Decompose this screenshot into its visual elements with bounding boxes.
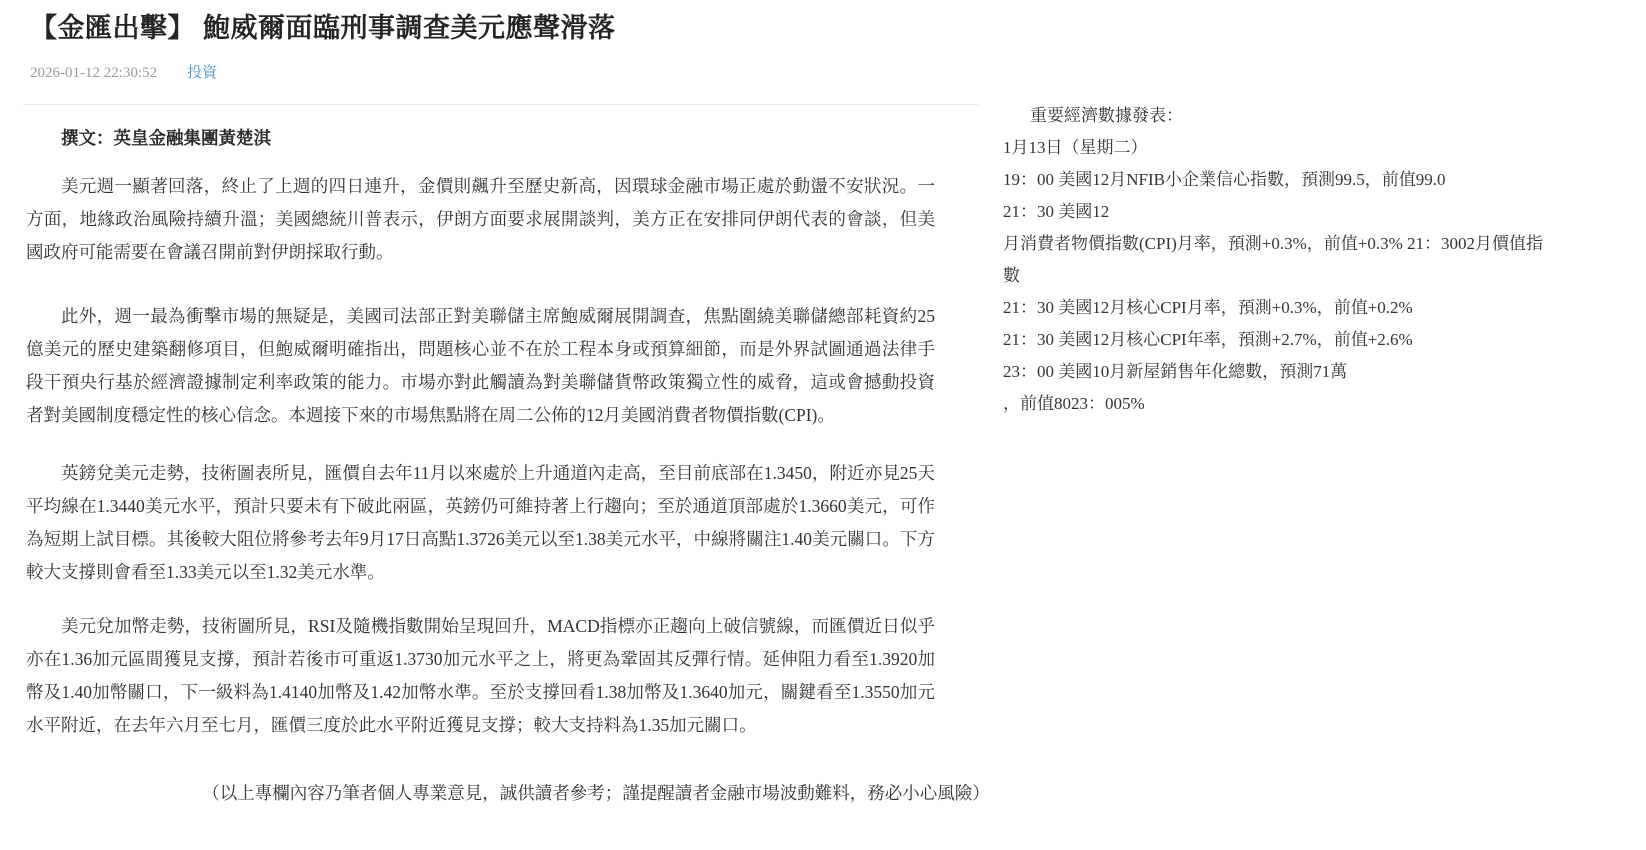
article-paragraph: 此外，週一最為衝擊市場的無疑是，美國司法部正對美聯儲主席鮑威爾展開調查，焦點圍繞… [26,300,935,432]
economic-calendar: 重要經濟數據發表： 1月13日（星期二） 19：00 美國12月NFIB小企業信… [1003,100,1548,420]
article-byline: 撰文：英皇金融集團黃楚淇 [26,122,935,155]
article-body: 撰文：英皇金融集團黃楚淇 美元週一顯著回落，終止了上週的四日連升，金價則飆升至歷… [26,105,935,742]
economic-calendar-heading: 重要經濟數據發表： [1003,100,1548,132]
economic-calendar-line: 21：30 美國12月核心CPI年率，預測+2.7%，前值+2.6% [1003,324,1548,356]
page-title: 【金匯出擊】 鮑威爾面臨刑事調查美元應聲滑落 [30,8,616,48]
economic-calendar-line: 1月13日（星期二） [1003,132,1548,164]
economic-calendar-line: 23：00 美國10月新屋銷售年化總數，預測71萬 [1003,356,1548,388]
category-tag-link[interactable]: 投資 [187,64,217,81]
economic-calendar-line: 月消費者物價指數(CPI)月率，預測+0.3%，前值+0.3% 21：3002月… [1003,228,1548,292]
disclaimer-text: （以上專欄內容乃筆者個人專業意見，誠供讀者參考；謹提醒讀者金融市場波動難料，務必… [26,780,1166,806]
publish-date: 2026-01-12 22:30:52 [30,65,157,81]
article-paragraph: 美元週一顯著回落，終止了上週的四日連升，金價則飆升至歷史新高，因環球金融市場正處… [26,170,935,269]
article-paragraph: 英鎊兌美元走勢，技術圖表所見，匯價自去年11月以來處於上升通道內走高，至目前底部… [26,457,935,589]
economic-calendar-line: 19：00 美國12月NFIB小企業信心指數，預測99.5，前值99.0 [1003,164,1548,196]
article-page: 【金匯出擊】 鮑威爾面臨刑事調查美元應聲滑落 2026-01-12 22:30:… [0,0,1646,850]
article-meta: 2026-01-12 22:30:52投資 [30,63,217,83]
article-paragraph: 美元兌加幣走勢，技術圖所見，RSI及隨機指數開始呈現回升，MACD指標亦正趨向上… [26,610,935,742]
economic-calendar-line: 21：30 美國12月核心CPI月率，預測+0.3%，前值+0.2% [1003,292,1548,324]
economic-calendar-line: 21：30 美國12 [1003,196,1548,228]
economic-calendar-line: ，前值8023：005% [1003,388,1548,420]
